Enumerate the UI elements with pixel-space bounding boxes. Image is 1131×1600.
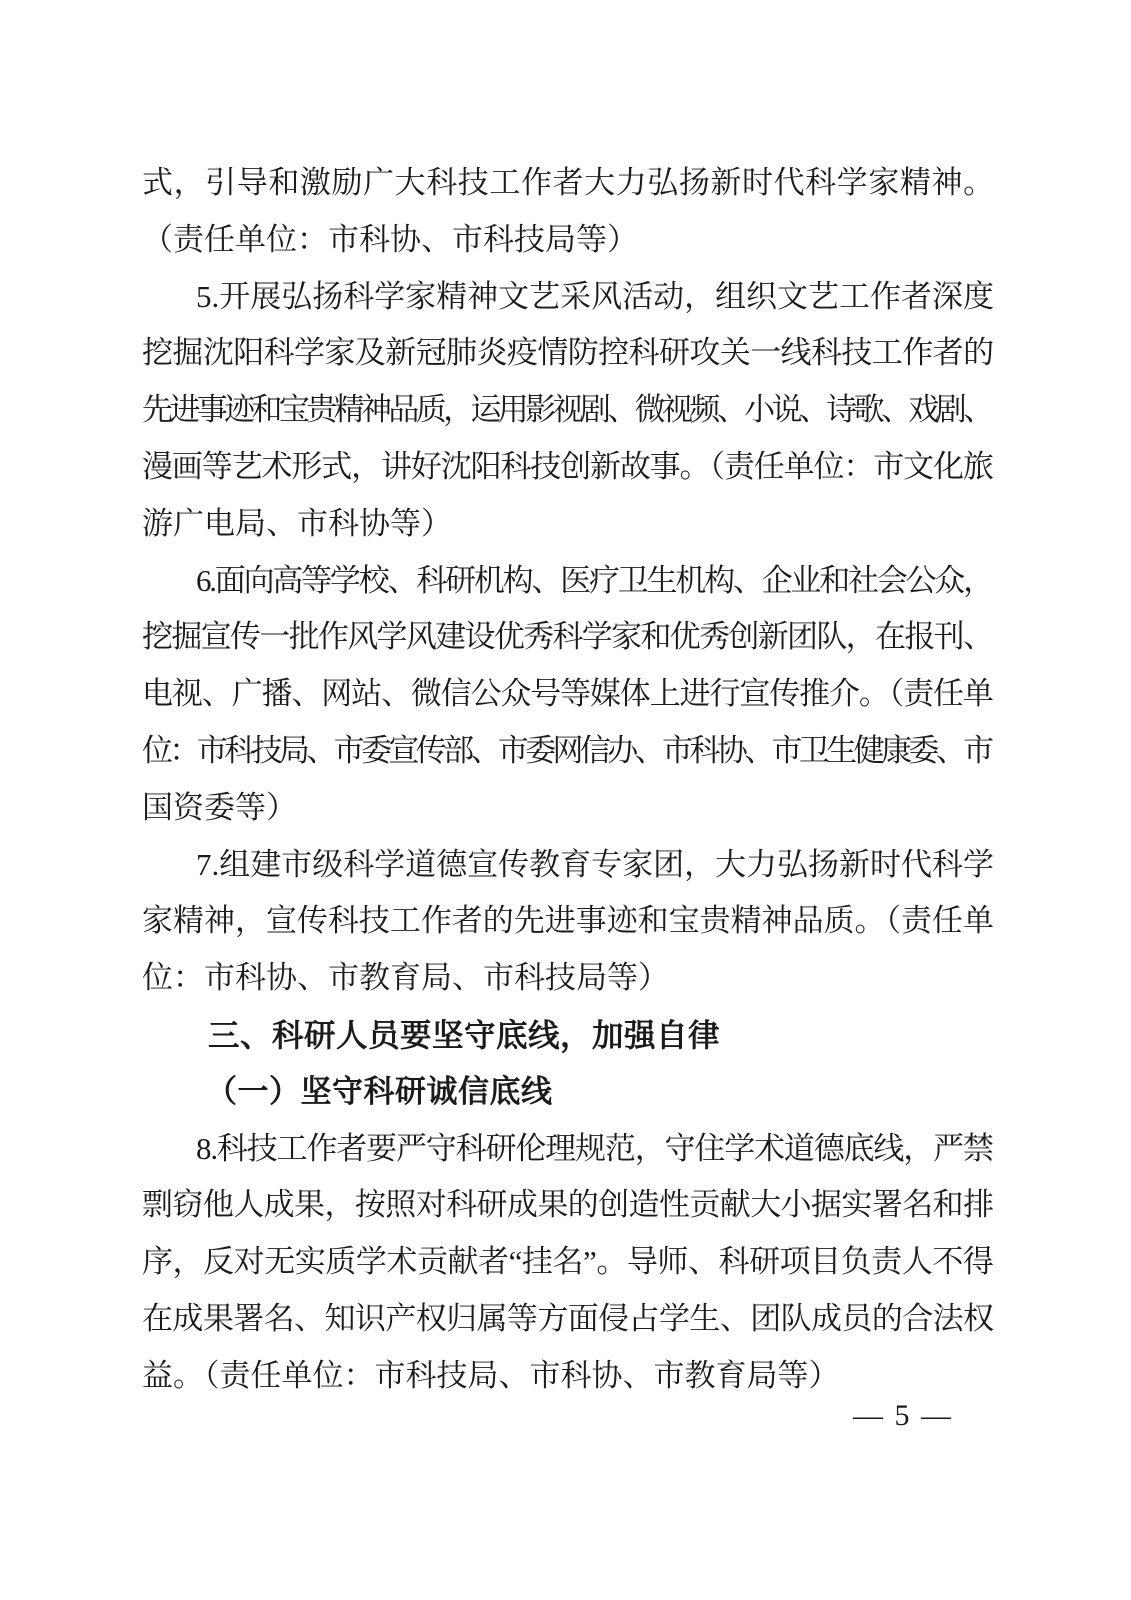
text-line-content: 三、科研人员要坚守底线，加强自律 <box>208 1007 720 1064</box>
text-line-content: 挖掘宣传一批作风学风建设优秀科学家和优秀创新团队，在报刊、 <box>142 609 992 666</box>
text-line: 5.开展弘扬科学家精神文艺采风活动，组织文艺工作者深度 <box>142 269 995 326</box>
text-line-content: 漫画等艺术形式，讲好沈阳科技创新故事。（责任单位：市文化旅 <box>142 439 993 496</box>
text-line-content: 在成果署名、知识产权归属等方面侵占学生、团队成员的合法权 <box>142 1291 993 1348</box>
text-line-content: 位：市科协、市教育局、市科技局等） <box>142 950 669 1007</box>
text-line-content: 先进事迹和宝贵精神品质，运用影视剧、微视频、小说、诗歌、戏剧、 <box>142 382 990 439</box>
text-line: 序，反对无实质学术贡献者“挂名”。导师、科研项目负责人不得 <box>142 1234 995 1291</box>
section-heading: 三、科研人员要坚守底线，加强自律 <box>142 1007 995 1064</box>
text-line-content: 剽窃他人成果，按照对科研成果的创造性贡献大小据实署名和排 <box>142 1177 993 1234</box>
text-line-content: 家精神，宣传科技工作者的先进事迹和宝贵精神品质。（责任单 <box>142 893 994 950</box>
text-line: 游广电局、市科协等） <box>142 496 995 553</box>
text-line: 漫画等艺术形式，讲好沈阳科技创新故事。（责任单位：市文化旅 <box>142 439 995 496</box>
paragraph: 8.科技工作者要严守科研伦理规范，守住学术道德底线，严禁剽窃他人成果，按照对科研… <box>142 1121 995 1405</box>
text-line: 电视、广播、网站、微信公众号等媒体上进行宣传推介。（责任单 <box>142 666 995 723</box>
text-line: 国资委等） <box>142 780 995 837</box>
text-line-content: 式，引导和激励广大科技工作者大力弘扬新时代科学家精神。 <box>142 155 995 212</box>
text-line: 挖掘宣传一批作风学风建设优秀科学家和优秀创新团队，在报刊、 <box>142 609 995 666</box>
text-line-content: 6.面向高等学校、科研机构、医疗卫生机构、企业和社会公众， <box>196 553 992 610</box>
text-line-content: 游广电局、市科协等） <box>142 496 452 553</box>
text-line: （责任单位：市科协、市科技局等） <box>142 212 995 269</box>
text-line: 位：市科技局、市委宣传部、市委网信办、市科协、市卫生健康委、市 <box>142 723 995 780</box>
text-line: 挖掘沈阳科学家及新冠肺炎疫情防控科研攻关一线科技工作者的 <box>142 325 995 382</box>
text-line-content: 挖掘沈阳科学家及新冠肺炎疫情防控科研攻关一线科技工作者的 <box>142 325 993 382</box>
text-line-content: 序，反对无实质学术贡献者“挂名”。导师、科研项目负责人不得 <box>142 1234 993 1291</box>
text-line: 先进事迹和宝贵精神品质，运用影视剧、微视频、小说、诗歌、戏剧、 <box>142 382 995 439</box>
text-line: 位：市科协、市教育局、市科技局等） <box>142 950 995 1007</box>
text-line: 7.组建市级科学道德宣传教育专家团，大力弘扬新时代科学 <box>142 837 995 894</box>
text-line-content: 电视、广播、网站、微信公众号等媒体上进行宣传推介。（责任单 <box>142 666 993 723</box>
document-body: 式，引导和激励广大科技工作者大力弘扬新时代科学家精神。（责任单位：市科协、市科技… <box>142 155 995 1405</box>
text-line-content: 国资委等） <box>142 780 297 837</box>
document-page: 式，引导和激励广大科技工作者大力弘扬新时代科学家精神。（责任单位：市科协、市科技… <box>0 0 1131 1600</box>
paragraph: 7.组建市级科学道德宣传教育专家团，大力弘扬新时代科学家精神，宣传科技工作者的先… <box>142 837 995 1007</box>
text-line-content: 8.科技工作者要严守科研伦理规范，守住学术道德底线，严禁 <box>196 1121 993 1178</box>
text-line: 6.面向高等学校、科研机构、医疗卫生机构、企业和社会公众， <box>142 553 995 610</box>
paragraph: 式，引导和激励广大科技工作者大力弘扬新时代科学家精神。（责任单位：市科协、市科技… <box>142 155 995 269</box>
text-line-content: 7.组建市级科学道德宣传教育专家团，大力弘扬新时代科学 <box>196 837 994 894</box>
text-line: 三、科研人员要坚守底线，加强自律 <box>142 1007 995 1064</box>
text-line-content: 益。（责任单位：市科技局、市科协、市教育局等） <box>142 1348 840 1405</box>
text-line-content: 5.开展弘扬科学家精神文艺采风活动，组织文艺工作者深度 <box>196 269 994 326</box>
text-line: 家精神，宣传科技工作者的先进事迹和宝贵精神品质。（责任单 <box>142 893 995 950</box>
text-line-content: （责任单位：市科协、市科技局等） <box>142 212 638 269</box>
text-line-content: 位：市科技局、市委宣传部、市委网信办、市科协、市卫生健康委、市 <box>142 723 990 780</box>
sub-heading: （一）坚守科研诚信底线 <box>142 1064 995 1121</box>
text-line-content: （一）坚守科研诚信底线 <box>206 1064 553 1121</box>
paragraph: 5.开展弘扬科学家精神文艺采风活动，组织文艺工作者深度挖掘沈阳科学家及新冠肺炎疫… <box>142 269 995 553</box>
text-line: 在成果署名、知识产权归属等方面侵占学生、团队成员的合法权 <box>142 1291 995 1348</box>
text-line: 8.科技工作者要严守科研伦理规范，守住学术道德底线，严禁 <box>142 1121 995 1178</box>
text-line: 剽窃他人成果，按照对科研成果的创造性贡献大小据实署名和排 <box>142 1177 995 1234</box>
text-line: 式，引导和激励广大科技工作者大力弘扬新时代科学家精神。 <box>142 155 995 212</box>
paragraph: 6.面向高等学校、科研机构、医疗卫生机构、企业和社会公众，挖掘宣传一批作风学风建… <box>142 553 995 837</box>
text-line: （一）坚守科研诚信底线 <box>142 1064 995 1121</box>
page-number: — 5 — <box>853 1396 953 1436</box>
